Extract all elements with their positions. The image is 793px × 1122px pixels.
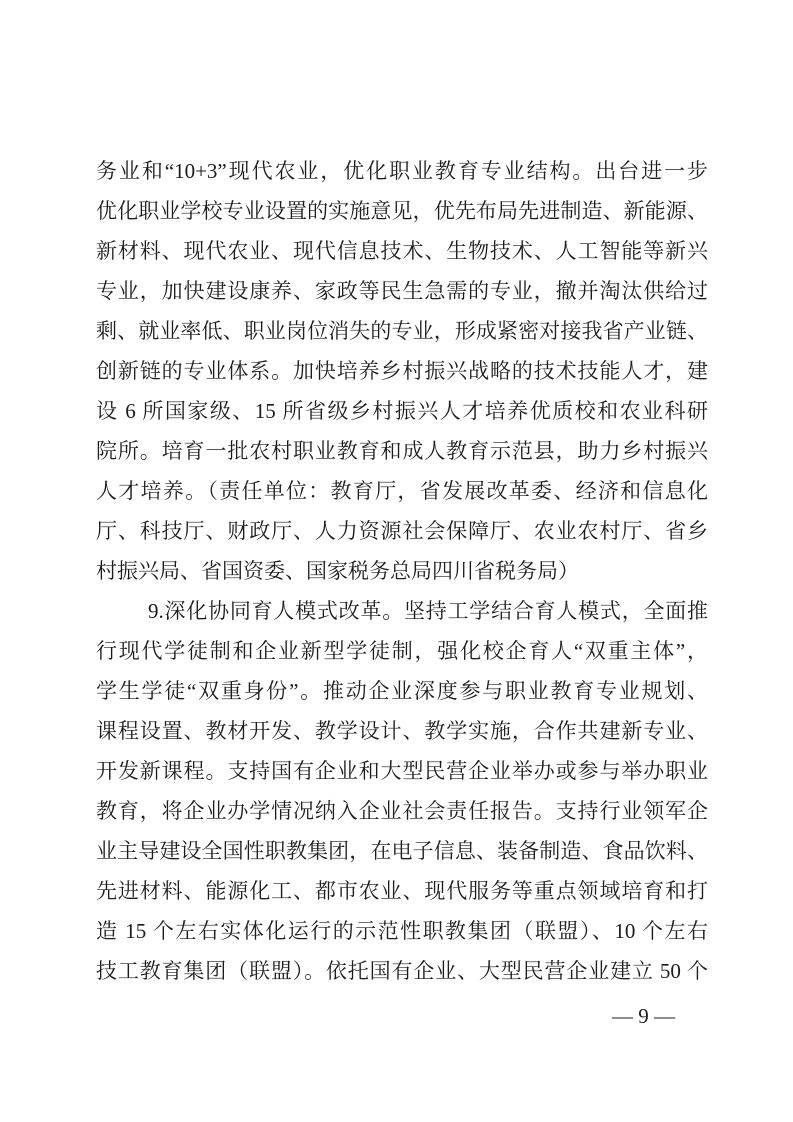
text-line: 先进材料、能源化工、都市农业、现代服务等重点领域培育和打 [96, 871, 708, 911]
text-line-paragraph-end: 村振兴局、省国资委、国家税务总局四川省税务局） [96, 551, 708, 591]
text-line: 优化职业学校专业设置的实施意见，优先布局先进制造、新能源、 [96, 191, 708, 231]
text-line: 专业，加快建设康养、家政等民生急需的专业，撤并淘汰供给过 [96, 271, 708, 311]
document-page: 务业和“10+3”现代农业，优化职业教育专业结构。出台进一步 优化职业学校专业设… [0, 0, 793, 1122]
text-line: 新材料、现代农业、现代信息技术、生物技术、人工智能等新兴 [96, 231, 708, 271]
text-line: 务业和“10+3”现代农业，优化职业教育专业结构。出台进一步 [96, 151, 708, 191]
text-line: 设 6 所国家级、15 所省级乡村振兴人才培养优质校和农业科研 [96, 391, 708, 431]
text-line: 技工教育集团（联盟）。依托国有企业、大型民营企业建立 50 个 [96, 951, 708, 991]
text-line: 院所。培育一批农村职业教育和成人教育示范县，助力乡村振兴 [96, 431, 708, 471]
text-line-paragraph-start: 9.深化协同育人模式改革。坚持工学结合育人模式，全面推 [96, 591, 708, 631]
text-line: 课程设置、教材开发、教学设计、教学实施，合作共建新专业、 [96, 711, 708, 751]
text-line: 行现代学徒制和企业新型学徒制，强化校企育人“双重主体”， [96, 631, 708, 671]
document-body-text: 务业和“10+3”现代农业，优化职业教育专业结构。出台进一步 优化职业学校专业设… [96, 151, 708, 991]
text-line: 教育，将企业办学情况纳入企业社会责任报告。支持行业领军企 [96, 791, 708, 831]
text-line: 创新链的专业体系。加快培养乡村振兴战略的技术技能人才，建 [96, 351, 708, 391]
page-number: — 9 — [612, 1001, 675, 1031]
text-line: 剩、就业率低、职业岗位消失的专业，形成紧密对接我省产业链、 [96, 311, 708, 351]
text-line: 厅、科技厅、财政厅、人力资源社会保障厅、农业农村厅、省乡 [96, 511, 708, 551]
text-line: 学生学徒“双重身份”。推动企业深度参与职业教育专业规划、 [96, 671, 708, 711]
text-line: 人才培养。（责任单位：教育厅，省发展改革委、经济和信息化 [96, 471, 708, 511]
text-line: 业主导建设全国性职教集团，在电子信息、装备制造、食品饮料、 [96, 831, 708, 871]
text-line: 开发新课程。支持国有企业和大型民营企业举办或参与举办职业 [96, 751, 708, 791]
text-line: 造 15 个左右实体化运行的示范性职教集团（联盟）、10 个左右 [96, 911, 708, 951]
